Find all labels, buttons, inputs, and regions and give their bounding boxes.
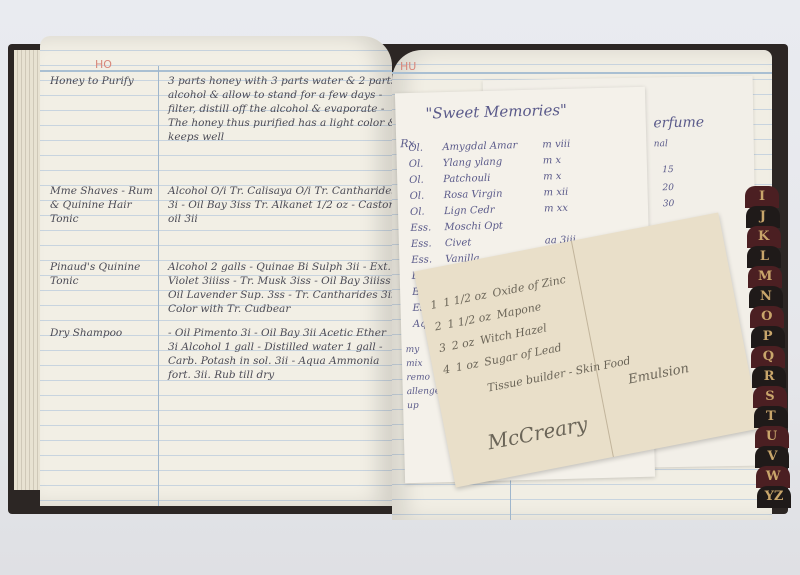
note-item-qty: 2 oz	[451, 335, 476, 352]
index-tab-j[interactable]: J	[746, 206, 780, 228]
recipe-body: Alcohol 2 galls - Quinae Bi Sulph 3ii - …	[168, 260, 398, 316]
index-tab-yz[interactable]: YZ	[757, 486, 791, 508]
ingredient-abbr: Ol.	[408, 142, 442, 154]
header-rule	[392, 72, 772, 74]
page-label: HO	[95, 58, 112, 71]
signature: McCreary	[486, 412, 590, 455]
ingredient-name: Civet	[445, 235, 545, 249]
ingredient-name: Patchouli	[443, 171, 543, 185]
value: 15	[662, 165, 674, 175]
ingredient-qty: m x	[543, 171, 562, 182]
note-item-num: 1	[429, 298, 438, 312]
note-item-qty: 1 1/2 oz	[446, 310, 492, 331]
index-tab-l[interactable]: L	[747, 246, 781, 268]
ingredient-abbr: Ol.	[409, 158, 443, 170]
emulsion-text: Emulsion	[627, 361, 690, 387]
ingredient-row: Ess.Moschi Opt	[410, 219, 544, 234]
ingredient-row: Ol.Amygdal Amarm viii	[408, 139, 570, 154]
ingredient-row: Ol.Patchoulim x	[409, 171, 562, 186]
note-item-name: Mapone	[496, 300, 543, 321]
index-tab-w[interactable]: W	[756, 466, 790, 488]
value: 30	[663, 199, 675, 209]
ingredient-name: Lign Cedr	[444, 203, 544, 217]
index-tab-v[interactable]: V	[755, 446, 789, 468]
recipe-body: 3 parts honey with 3 parts water & 2 par…	[168, 74, 398, 144]
ingredient-name: Rosa Virgin	[443, 187, 543, 201]
left-page: HO Honey to Purify 3 parts honey with 3 …	[40, 36, 392, 506]
note-item-num: 4	[442, 363, 451, 377]
ingredient-abbr: Ol.	[410, 206, 444, 218]
note-item-name: Sugar of Lead	[483, 341, 563, 369]
index-tab-k[interactable]: K	[747, 226, 781, 248]
recipe-name: Pinaud's Quinine Tonic	[50, 260, 160, 288]
header-rule	[40, 70, 392, 72]
recipe-name: Honey to Purify	[50, 74, 160, 88]
sheet-title: "Sweet Memories"	[425, 101, 567, 123]
page-label: HU	[400, 60, 416, 73]
ingredient-name: Ylang ylang	[443, 155, 543, 169]
ingredient-abbr: Ol.	[409, 174, 443, 186]
value: 20	[662, 183, 674, 193]
note-item-num: 2	[434, 319, 443, 333]
ingredient-abbr: Ess.	[410, 222, 444, 234]
index-tab-t[interactable]: T	[754, 406, 788, 428]
index-tab-o[interactable]: O	[750, 306, 784, 328]
ingredient-qty: m x	[543, 155, 562, 166]
ingredient-row: Ol.Rosa Virginm xii	[409, 187, 568, 202]
index-tab-q[interactable]: Q	[751, 346, 785, 368]
index-tab-i[interactable]: I	[745, 186, 779, 208]
sheet-subtitle: nal	[654, 139, 668, 149]
note-item-qty: 1 oz	[455, 357, 480, 374]
sheet-title: erfume	[653, 115, 704, 132]
ingredient-qty: m xx	[544, 203, 568, 215]
index-tab-u[interactable]: U	[755, 426, 789, 448]
index-tab-n[interactable]: N	[749, 286, 783, 308]
recipe-body: Alcohol O/i Tr. Calisaya O/i Tr. Canthar…	[168, 184, 398, 226]
note-item-name: Oxide of Zinc	[491, 273, 567, 300]
recipe-body: - Oil Pimento 3i - Oil Bay 3ii Acetic Et…	[168, 326, 398, 382]
ingredient-name: Amygdal Amar	[442, 139, 542, 153]
note-item-num: 3	[438, 341, 447, 355]
index-tab-s[interactable]: S	[753, 386, 787, 408]
ingredient-abbr: Ess.	[411, 238, 445, 250]
note-item-name: Witch Hazel	[479, 321, 548, 347]
recipe-name: Dry Shampoo	[50, 326, 160, 340]
ingredient-abbr: Ess.	[411, 254, 445, 266]
note-item: 11 1/2 ozOxide of Zinc	[429, 272, 572, 312]
ingredient-row: Ol.Lign Cedrm xx	[410, 203, 568, 218]
index-tab-p[interactable]: P	[751, 326, 785, 348]
note-item-qty: 1 1/2 oz	[442, 288, 488, 309]
index-tab-r[interactable]: R	[752, 366, 786, 388]
ingredient-row: Ol.Ylang ylangm x	[409, 155, 562, 170]
ingredient-name: Moschi Opt	[444, 219, 544, 233]
ingredient-qty: m xii	[543, 187, 568, 199]
index-tab-m[interactable]: M	[748, 266, 782, 288]
ingredient-abbr: Ol.	[409, 190, 443, 202]
ingredient-qty: m viii	[542, 139, 570, 151]
recipe-name: Mme Shaves - Rum & Quinine Hair Tonic	[50, 184, 160, 226]
